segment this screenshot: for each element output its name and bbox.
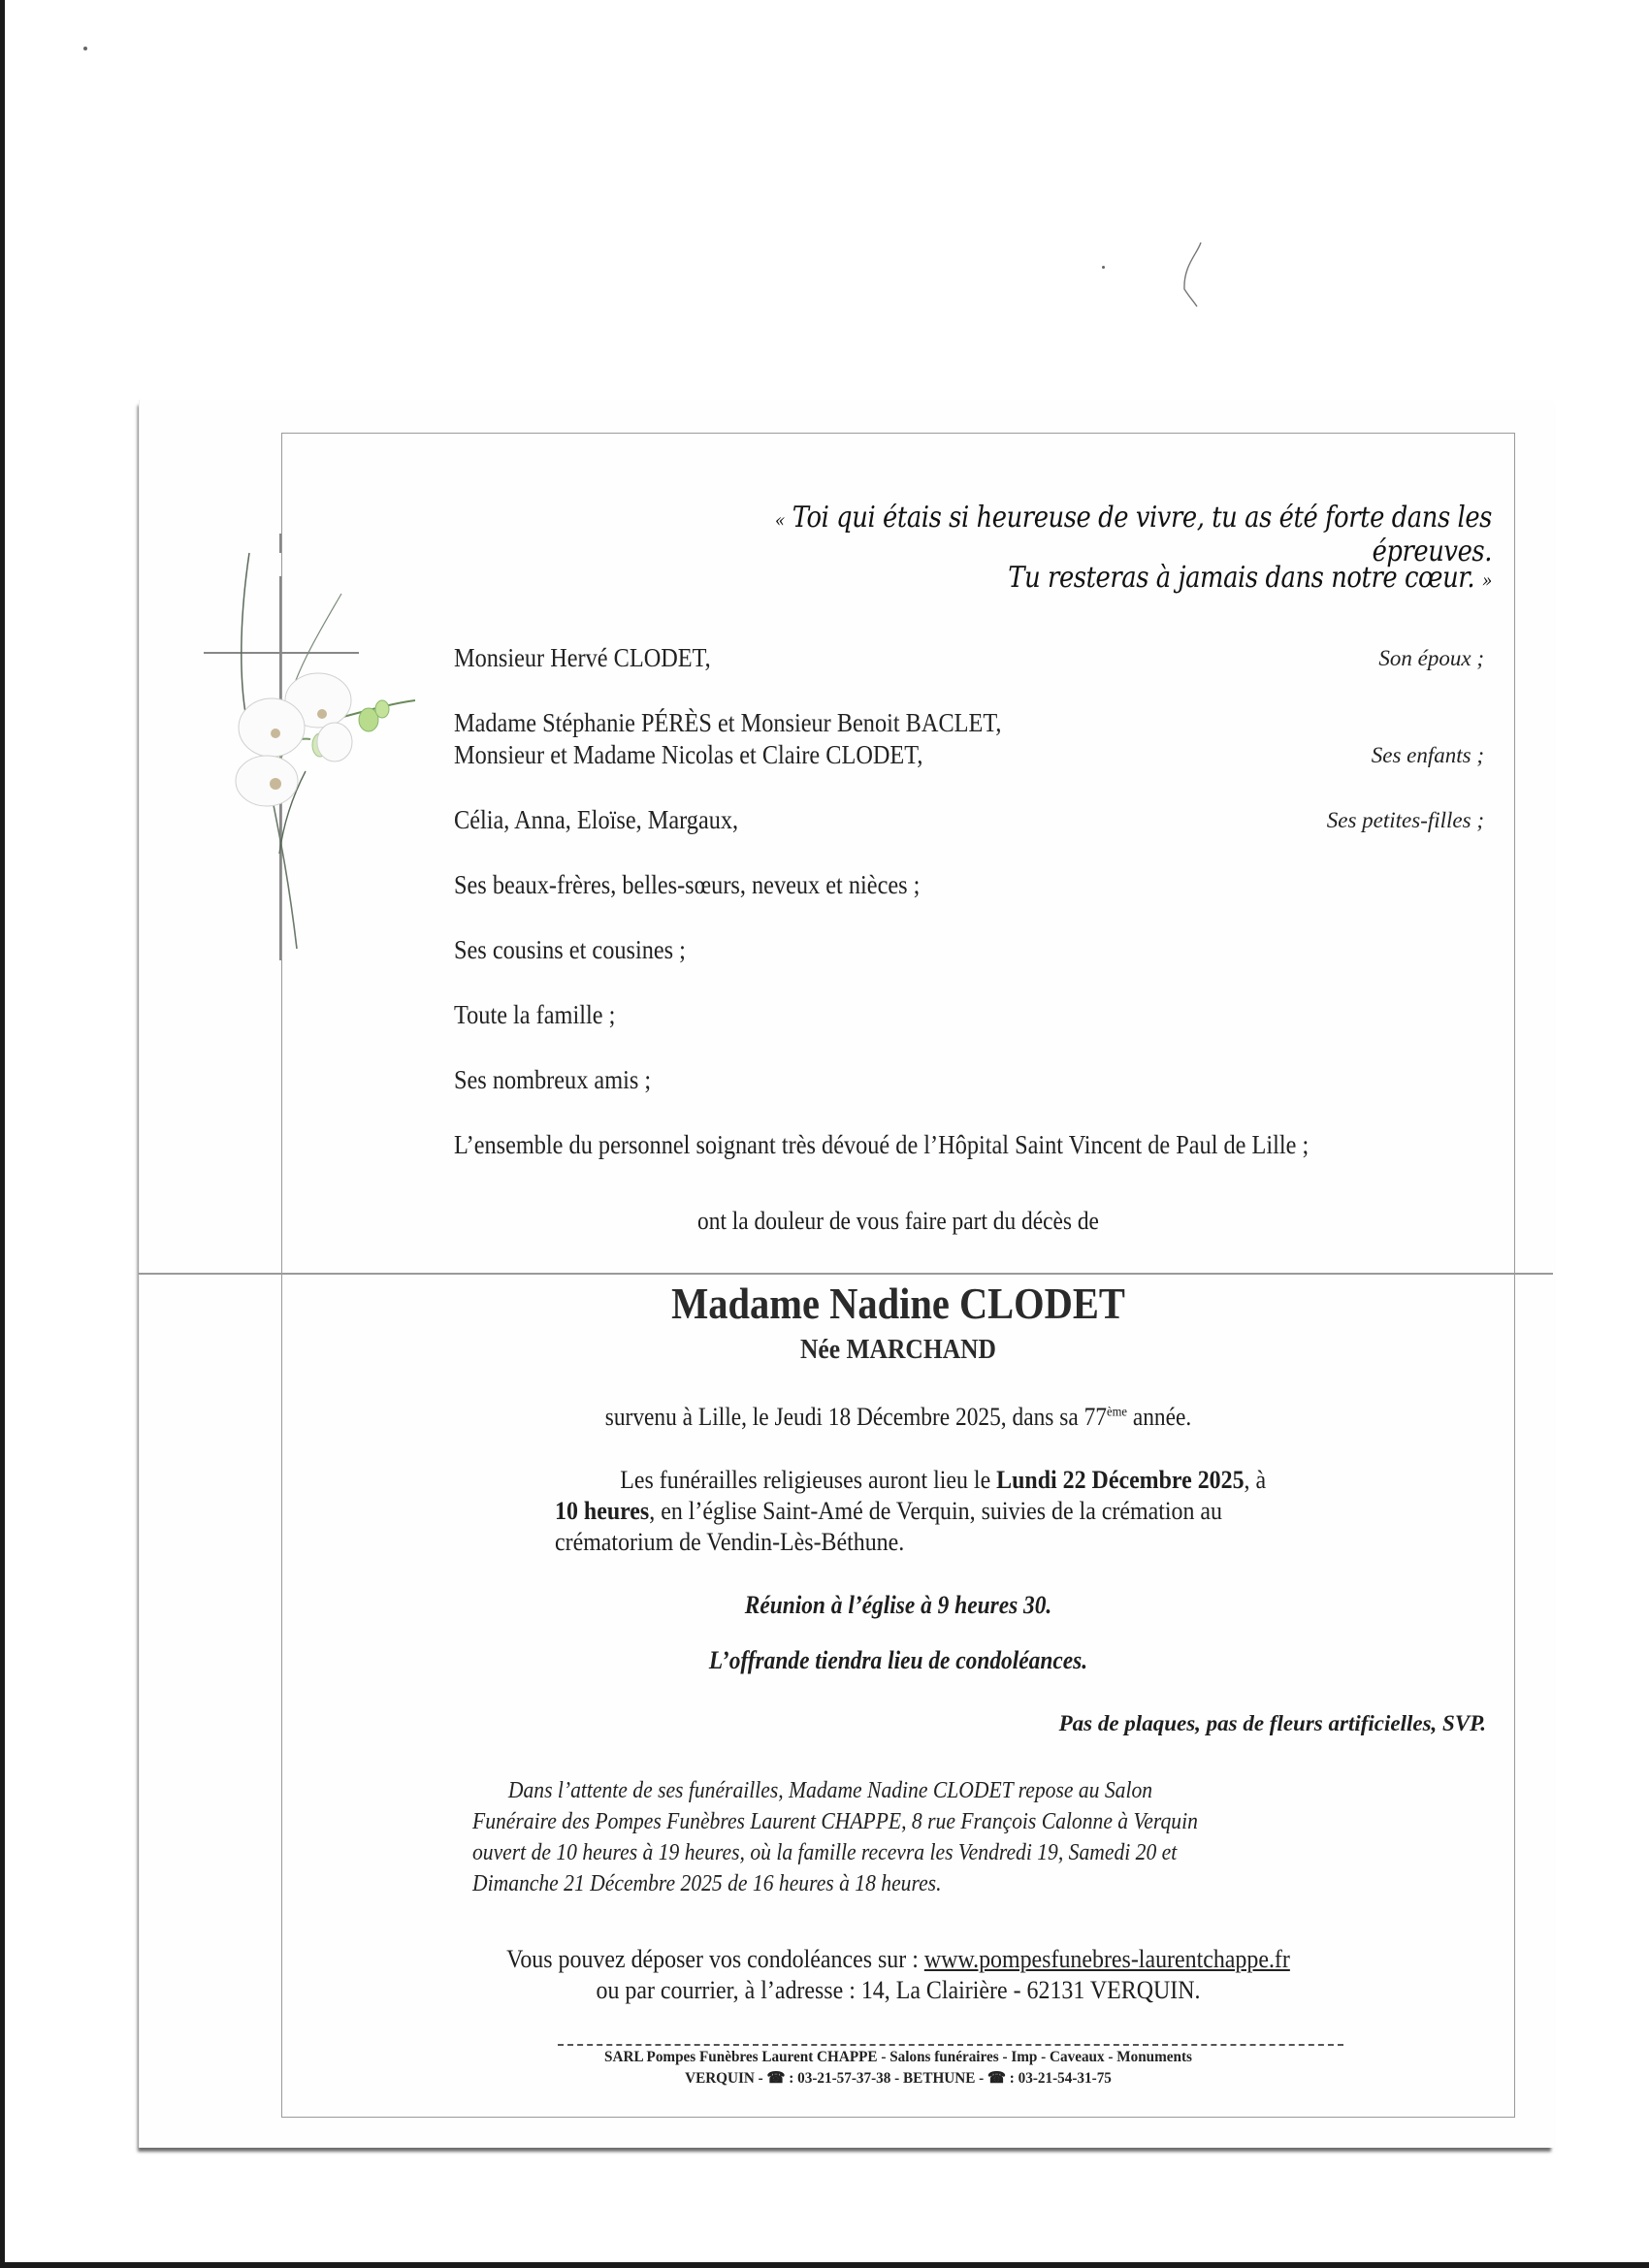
family-role: Ses enfants ; [1372, 743, 1484, 768]
condolences-line: Vous pouvez déposer vos condoléances sur… [331, 1945, 1466, 1974]
family-line: Ses nombreux amis ; [454, 1065, 651, 1095]
condolences-website-link[interactable]: www.pompesfunebres-laurentchappe.fr [924, 1945, 1290, 1973]
family-line: Monsieur Hervé CLODET, [454, 643, 711, 673]
footer-phones: VERQUIN - ☎ : 03-21-57-37-38 - BETHUNE -… [312, 2068, 1484, 2088]
quote-close-mark: » [1482, 568, 1492, 592]
family-line: Toute la famille ; [454, 1000, 615, 1030]
announcement-text: ont la douleur de vous faire part du déc… [343, 1207, 1454, 1236]
family-line: Célia, Anna, Eloïse, Margaux, [454, 805, 738, 835]
death-notice: survenu à Lille, le Jeudi 18 Décembre 20… [343, 1403, 1454, 1432]
family-role: Son époux ; [1378, 646, 1484, 671]
funeral-date: Lundi 22 Décembre 2025 [996, 1466, 1244, 1494]
family-line: Ses cousins et cousines ; [454, 935, 686, 965]
family-line: Madame Stéphanie PÉRÈS et Monsieur Benoi… [454, 708, 1001, 738]
quote-text-2: Tu resteras à jamais dans notre cœur. [1008, 561, 1474, 595]
cross-orchid-icon [175, 534, 446, 980]
repose-info: Dans l’attente de ses funérailles, Madam… [472, 1775, 1433, 1899]
family-line: Monsieur et Madame Nicolas et Claire CLO… [454, 740, 922, 770]
card-fold-line [139, 1273, 1553, 1275]
funeral-time: 10 heures [555, 1497, 649, 1525]
deceased-name: Madame Nadine CLODET [355, 1278, 1440, 1329]
quote-text-1: Toi qui étais si heureuse de vivre, tu a… [792, 501, 1492, 568]
meeting-info: Réunion à l’église à 9 heures 30. [343, 1591, 1454, 1620]
scan-speck [1102, 266, 1105, 269]
scan-scratch [1172, 241, 1211, 310]
offering-info: L’offrande tiendra lieu de condoléances. [343, 1646, 1454, 1675]
footer-company: SARL Pompes Funèbres Laurent CHAPPE - Sa… [312, 2049, 1484, 2066]
family-role: Ses petites-filles ; [1327, 808, 1484, 833]
postal-address: ou par courrier, à l’adresse : 14, La Cl… [331, 1976, 1466, 2005]
quote-open-mark: « [775, 508, 785, 532]
quote-line-1: « Toi qui étais si heureuse de vivre, tu… [709, 501, 1492, 568]
phone-icon: ☎ [767, 2070, 786, 2087]
family-line: Ses beaux-frères, belles-sœurs, neveux e… [454, 870, 920, 900]
family-line: L’ensemble du personnel soignant très dé… [454, 1130, 1309, 1160]
funeral-details: Les funérailles religieuses auront lieu … [555, 1465, 1322, 1558]
scan-speck [83, 47, 87, 50]
no-flowers-notice: Pas de plaques, pas de fleurs artificiel… [1059, 1711, 1486, 1736]
scanner-edge-left [0, 0, 5, 2268]
scanner-edge-bottom [0, 2262, 1649, 2268]
maiden-name: Née MARCHAND [355, 1334, 1440, 1366]
footer-divider [558, 2044, 1343, 2046]
quote-line-2: Tu resteras à jamais dans notre cœur. » [709, 561, 1492, 595]
phone-icon: ☎ [987, 2070, 1006, 2087]
